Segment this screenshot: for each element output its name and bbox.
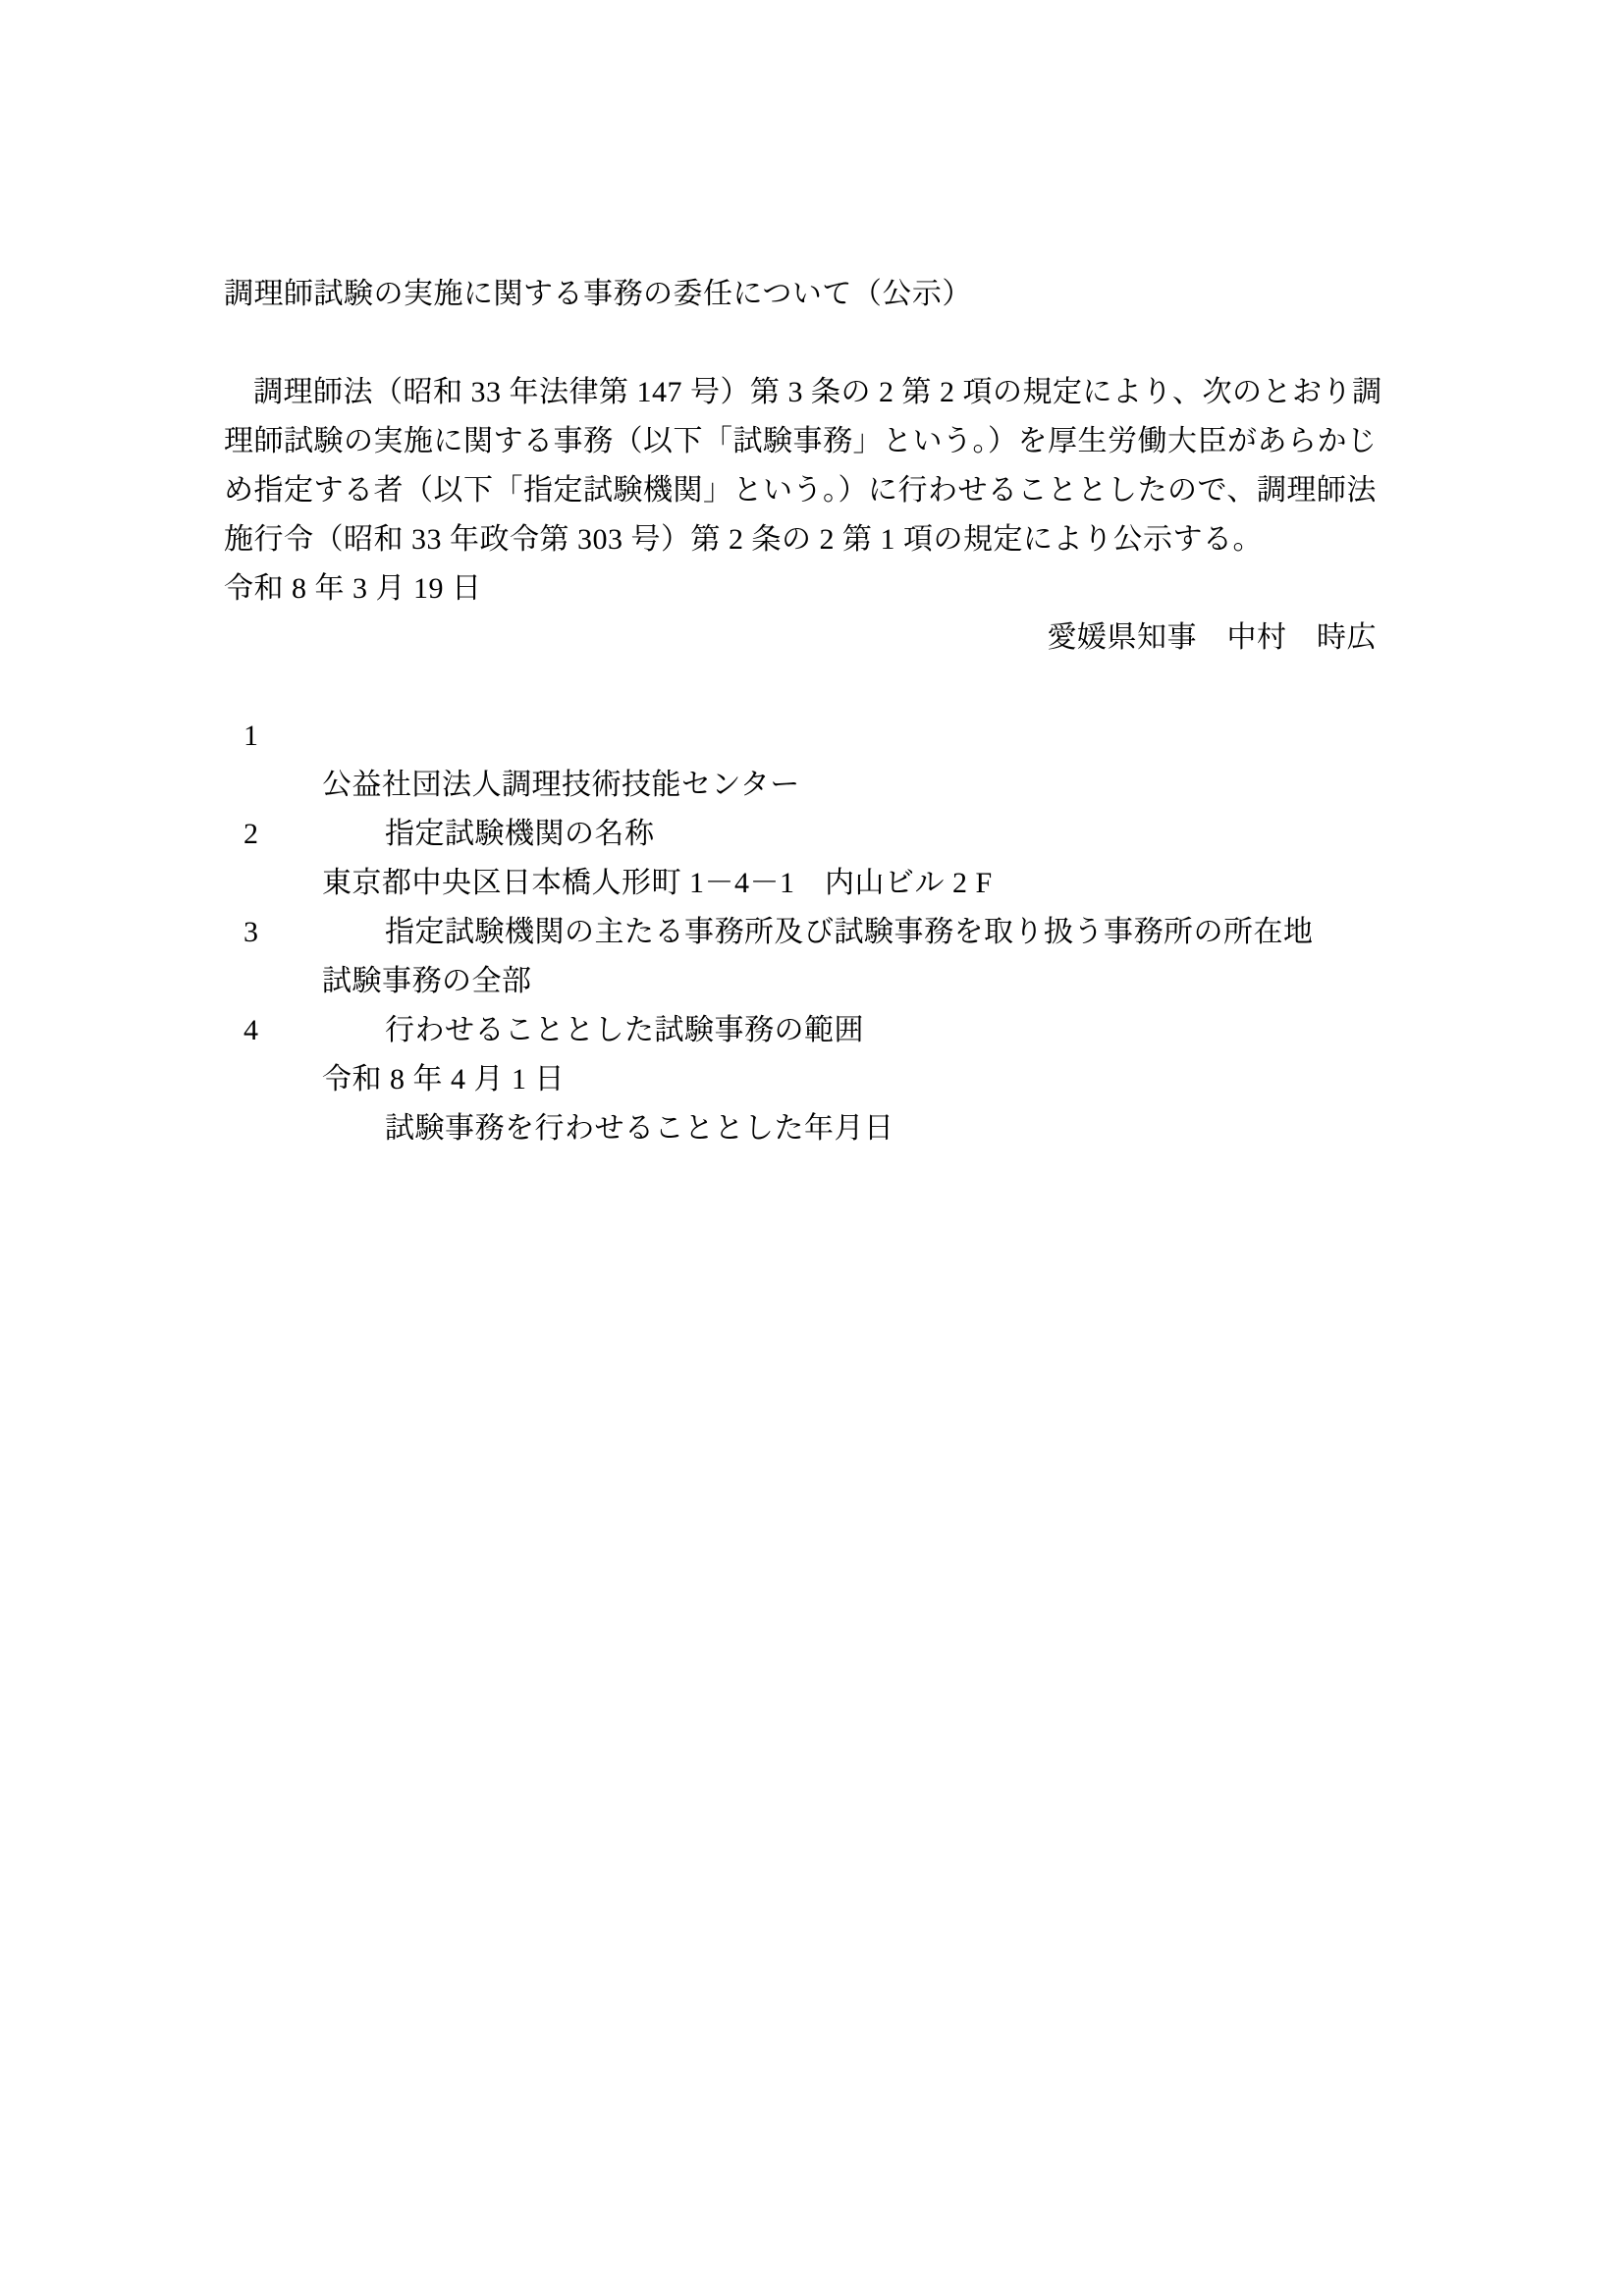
blank-line <box>224 319 1414 368</box>
list-item-number: 1 <box>244 712 259 761</box>
opening-paragraph: 調理師法（昭和 33 年法律第 147 号）第 3 条の 2 第 2 項の規定に… <box>224 368 1414 564</box>
list-item-number: 4 <box>244 1006 259 1055</box>
document-body: 調理師試験の実施に関する事務の委任について（公示） 調理師法（昭和 33 年法律… <box>224 270 1414 1104</box>
list-item-detail: 公益社団法人調理技術技能センター <box>224 761 1414 810</box>
paragraph-line: 施行令（昭和 33 年政令第 303 号）第 2 条の 2 第 1 項の規定によ… <box>224 515 1414 564</box>
paragraph-line: 理師試験の実施に関する事務（以下「試験事務」という。）を厚生労働大臣があらかじ <box>224 417 1414 466</box>
list-item-heading: 試験事務を行わせることとした年月日 <box>385 1112 894 1145</box>
blank-line <box>224 663 1414 712</box>
list-item-number: 3 <box>244 908 259 957</box>
list-item: 1 指定試験機関の名称 <box>224 712 1414 761</box>
paragraph-line: め指定する者（以下「指定試験機関」という。）に行わせることとしたので、調理師法 <box>224 466 1414 515</box>
list-item-detail: 試験事務の全部 <box>224 957 1414 1006</box>
numbered-list: 1 指定試験機関の名称 公益社団法人調理技術技能センター 2 指定試験機関の主た… <box>224 712 1414 1104</box>
list-item-detail: 東京都中央区日本橋人形町 1－4－1 内山ビル 2 F <box>224 859 1414 908</box>
list-item: 2 指定試験機関の主たる事務所及び試験事務を取り扱う事務所の所在地 <box>224 810 1414 859</box>
paragraph-line: 調理師法（昭和 33 年法律第 147 号）第 3 条の 2 第 2 項の規定に… <box>224 368 1414 417</box>
list-item: 3 行わせることとした試験事務の範囲 <box>224 908 1414 957</box>
list-item-detail: 令和 8 年 4 月 1 日 <box>224 1055 1414 1104</box>
document-page: 調理師試験の実施に関する事務の委任について（公示） 調理師法（昭和 33 年法律… <box>0 0 1624 2296</box>
date-line: 令和 8 年 3 月 19 日 <box>224 564 1414 614</box>
signature-line: 愛媛県知事 中村 時広 <box>224 614 1414 663</box>
list-item: 4 試験事務を行わせることとした年月日 <box>224 1006 1414 1055</box>
list-item-number: 2 <box>244 810 259 859</box>
document-title: 調理師試験の実施に関する事務の委任について（公示） <box>224 270 1414 319</box>
